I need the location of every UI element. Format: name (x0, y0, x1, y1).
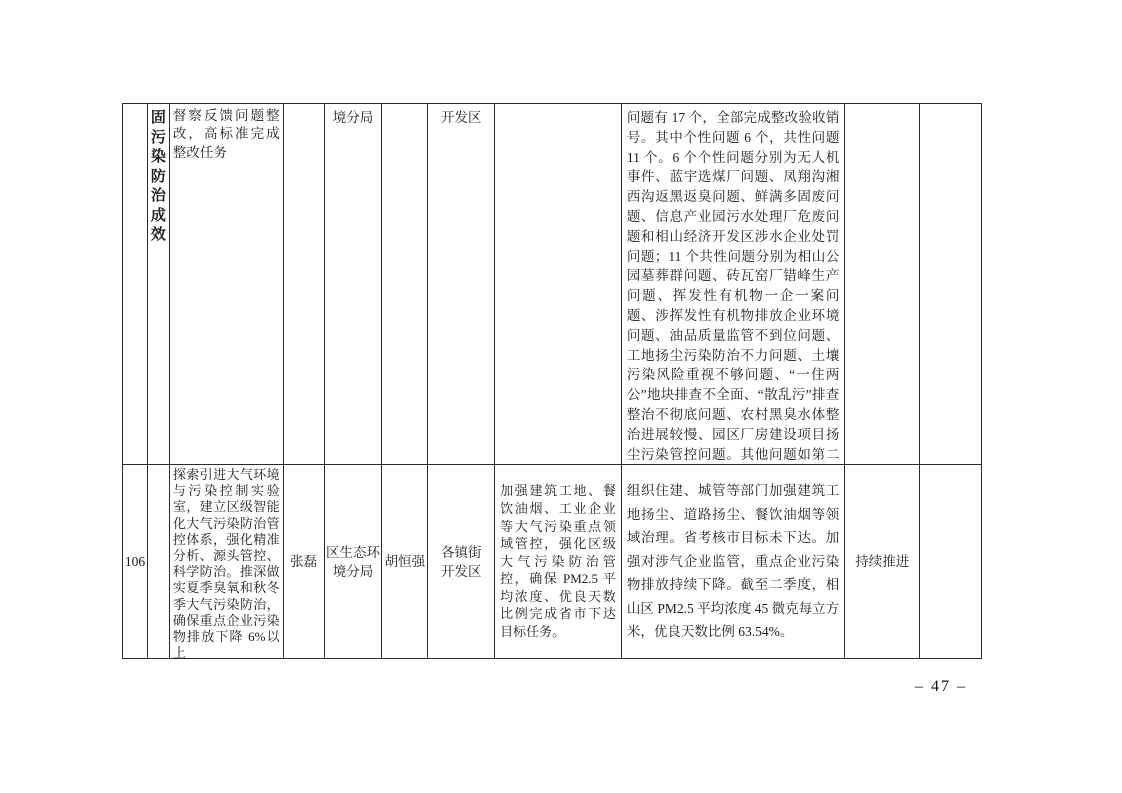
table-row: 固污染防治成效 督察反馈问题整改，高标准完成整改任务 境分局 开发区 问题有 1… (123, 104, 981, 465)
cell-remark (920, 104, 981, 464)
cell-category-label: 固污染防治成效 (148, 104, 170, 464)
cell-annual-target: 加强建筑工地、餐饮油烟、工业企业等大气污染重点领域管控，强化区级大气污染防治管控… (495, 465, 622, 658)
cell-responsible-person (382, 104, 428, 464)
page-number: – 47 – (915, 678, 967, 696)
cell-category-label (148, 465, 170, 658)
cell-seq (123, 104, 148, 464)
cell-responsible-unit: 境分局 (325, 104, 383, 464)
cell-task: 督察反馈问题整改，高标准完成整改任务 (170, 104, 284, 464)
cell-district-leader (284, 104, 325, 464)
cell-district-leader: 张磊 (284, 465, 325, 658)
document-table: 固污染防治成效 督察反馈问题整改，高标准完成整改任务 境分局 开发区 问题有 1… (122, 103, 982, 659)
cell-progress: 问题有 17 个，全部完成整改验收销号。其中个性问题 6 个，共性问题 11 个… (622, 104, 845, 464)
cell-annual-target (495, 104, 622, 464)
cell-task: 探索引进大气环境与污染控制实验室，建立区级智能化大气污染防治管控体系，强化精准分… (170, 465, 284, 658)
cell-cooperating-unit: 各镇街 开发区 (428, 465, 495, 658)
category-vertical-text: 固污染防治成效 (150, 109, 166, 246)
cell-schedule: 持续推进 (845, 465, 920, 658)
cell-responsible-person: 胡恒强 (382, 465, 428, 658)
document-page: 固污染防治成效 督察反馈问题整改，高标准完成整改任务 境分局 开发区 问题有 1… (0, 0, 1122, 793)
cell-remark (920, 465, 981, 658)
table-row: 106 探索引进大气环境与污染控制实验室，建立区级智能化大气污染防治管控体系，强… (123, 465, 981, 658)
annual-target-text: 加强建筑工地、餐饮油烟、工业企业等大气污染重点领域管控，强化区级大气污染防治管控… (495, 482, 621, 640)
cell-cooperating-unit: 开发区 (428, 104, 495, 464)
cell-schedule (845, 104, 920, 464)
cell-seq: 106 (123, 465, 148, 658)
cell-responsible-unit: 区生态环 境分局 (325, 465, 383, 658)
progress-text: 组织住建、城管等部门加强建筑工地扬尘、道路扬尘、餐饮油烟等领域治理。省考核市目标… (622, 479, 844, 644)
cell-progress: 组织住建、城管等部门加强建筑工地扬尘、道路扬尘、餐饮油烟等领域治理。省考核市目标… (622, 465, 845, 658)
